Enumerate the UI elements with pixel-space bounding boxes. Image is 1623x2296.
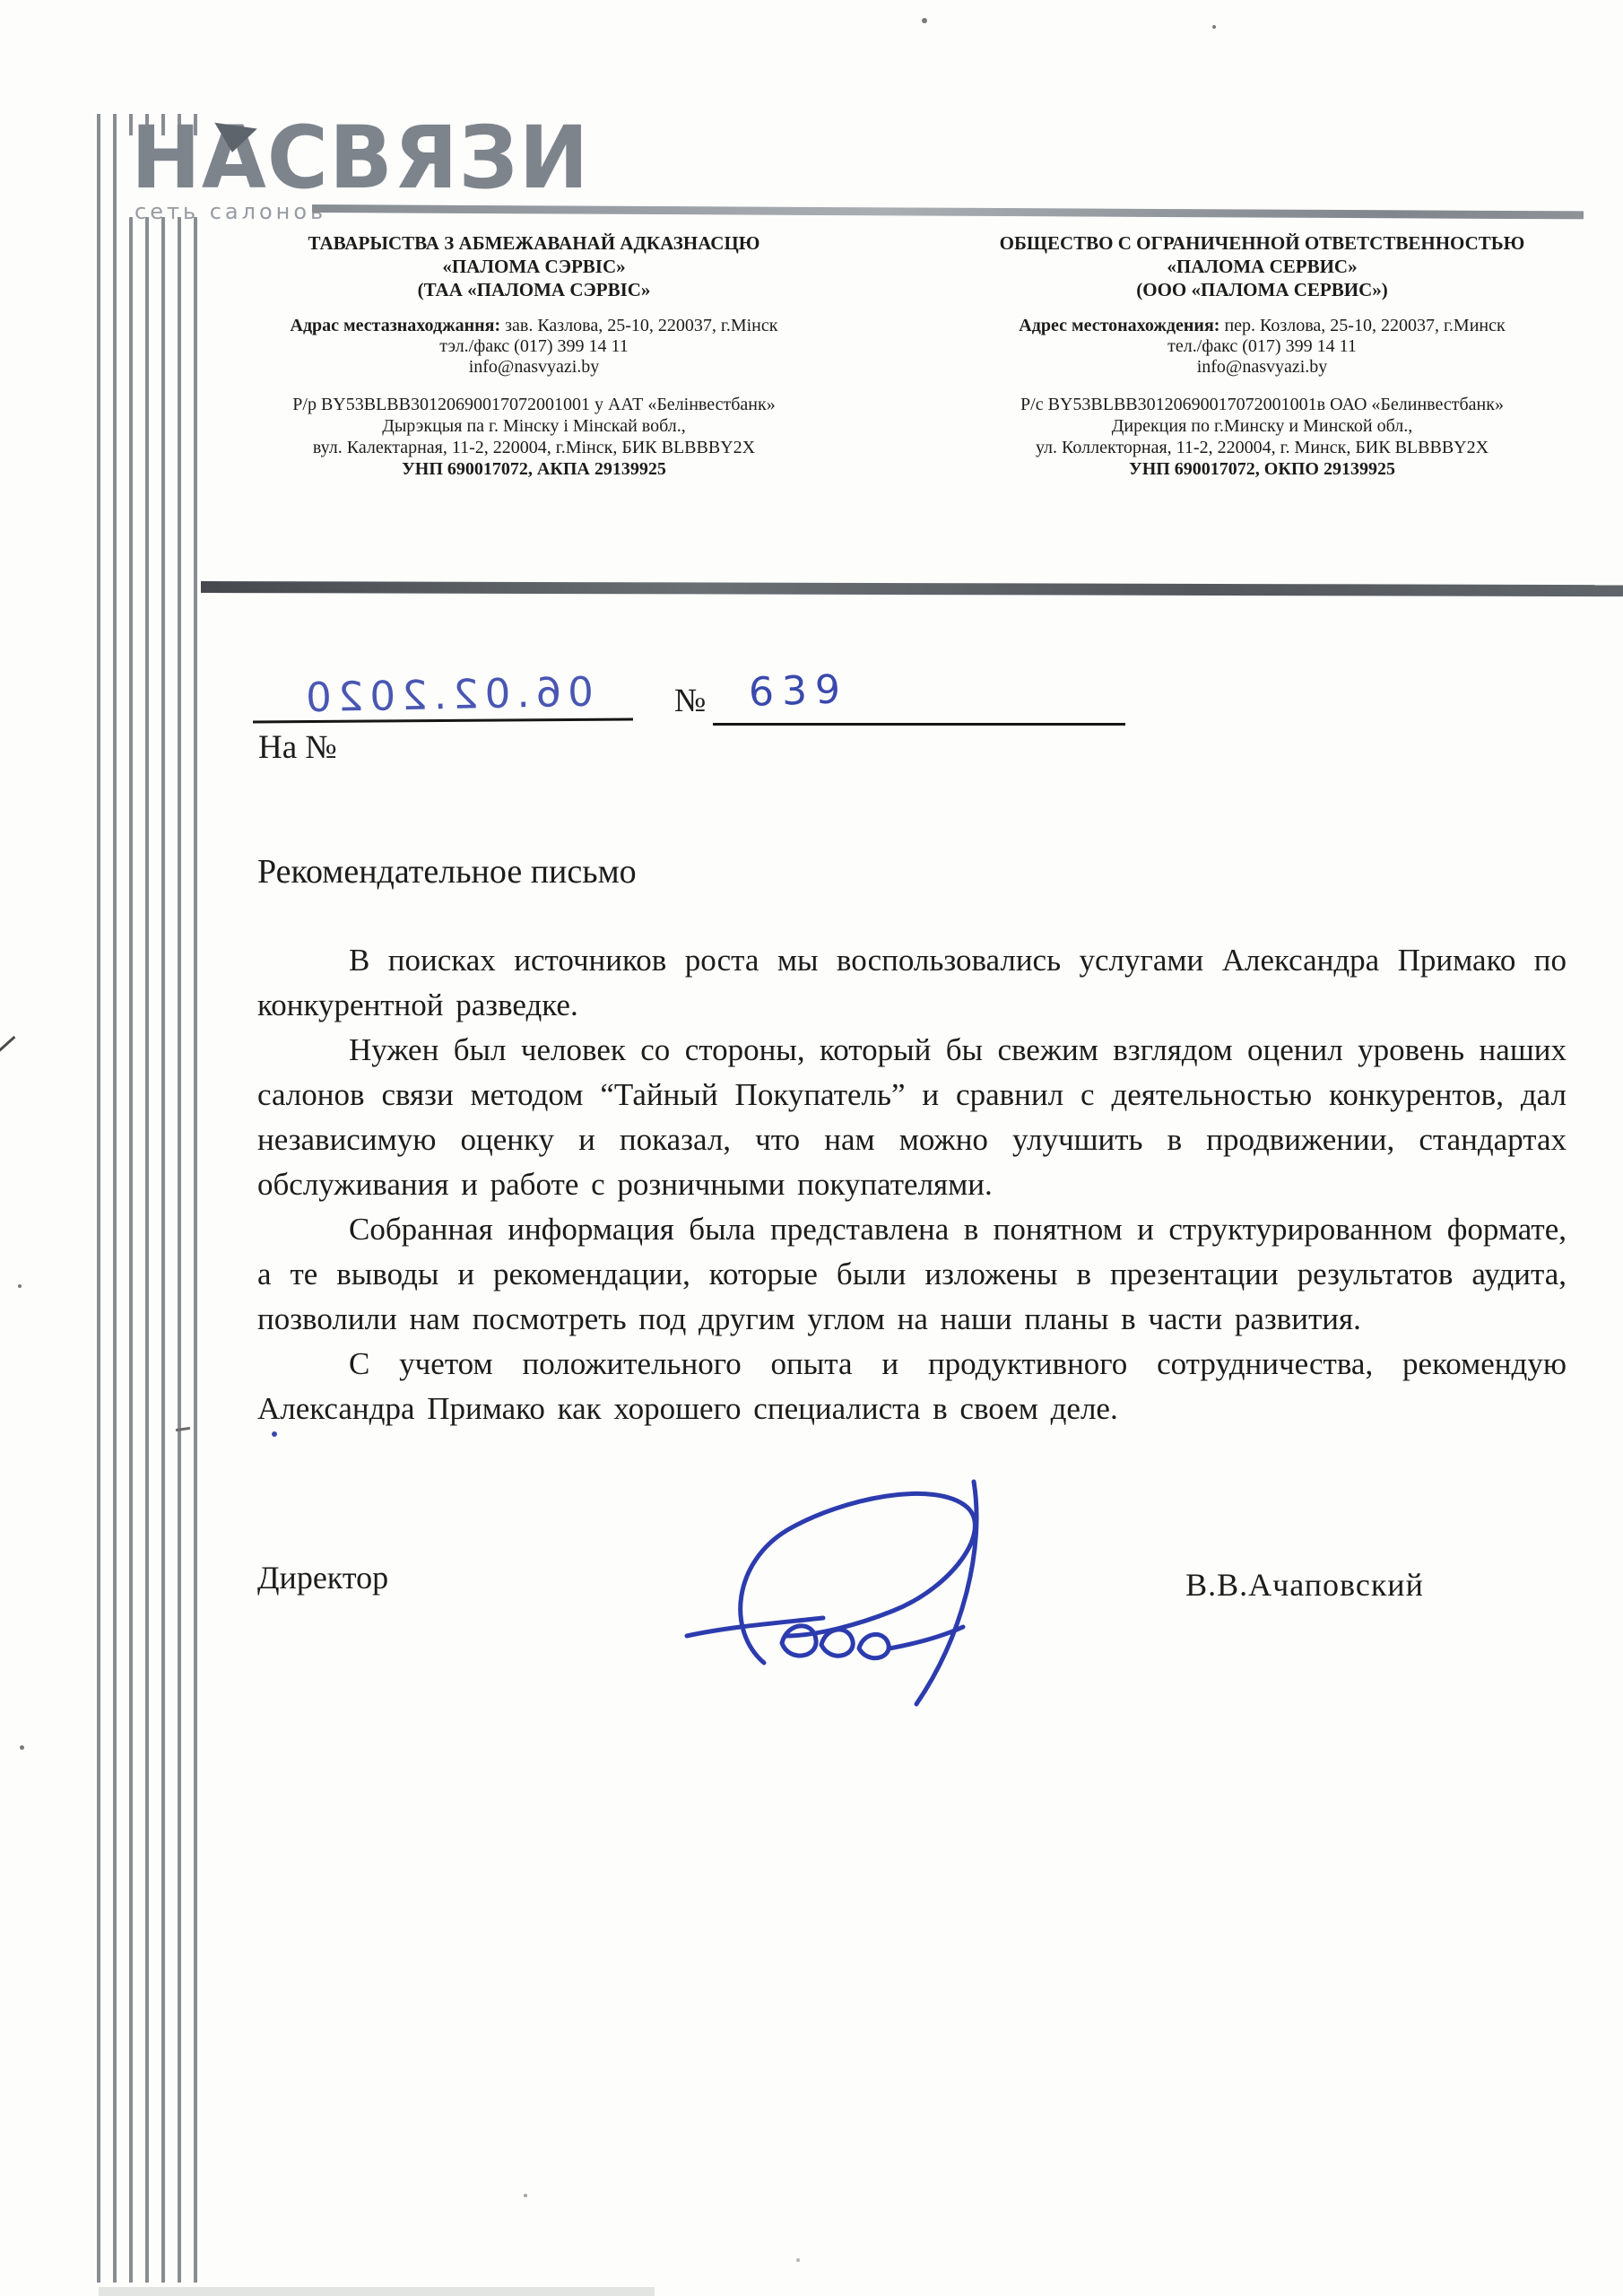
- letterhead-right-column: ОБЩЕСТВО С ОГРАНИЧЕННОЙ ОТВЕТСТВЕННОСТЬЮ…: [982, 231, 1542, 480]
- bank-ru-line1: Р/с BY53BLBB30120690017072001001в ОАО «Б…: [982, 394, 1542, 415]
- letterhead-left-column: ТАВАРЫСТВА З АБМЕЖАВАНАЙ АДКАЗНАСЦЮ «ПАЛ…: [258, 231, 810, 480]
- company-name-ru-line1: ОБЩЕСТВО С ОГРАНИЧЕННОЙ ОТВЕТСТВЕННОСТЬЮ: [982, 231, 1542, 255]
- email-ru: info@nasvyazi.by: [982, 357, 1542, 378]
- paragraph-4: С учетом положительного опыта и продукти…: [257, 1342, 1567, 1431]
- company-name-ru-line2: «ПАЛОМА СЕРВИС»: [982, 255, 1542, 278]
- logo-tagline: сеть салонов: [135, 199, 326, 224]
- handwritten-number: 639: [748, 666, 849, 716]
- scan-speck: [524, 2194, 527, 2197]
- bank-by-line3: вул. Калектарная, 11-2, 220004, г.Мінск,…: [258, 437, 810, 458]
- number-underline: [713, 723, 1125, 726]
- stripe-line: [129, 217, 133, 2283]
- company-name-ru-line3: (ООО «ПАЛОМА СЕРВИС»): [982, 278, 1542, 301]
- scanned-letter-page: НАСВЯЗИ сеть салонов ТАВАРЫСТВА З АБМЕЖА…: [0, 0, 1623, 2296]
- tax-ids-by: УНП 690017072, АКПА 29139925: [258, 458, 810, 480]
- address-ru-label: Адрес местонахождения:: [1019, 316, 1219, 335]
- letterhead-divider-bar: [201, 581, 1623, 596]
- address-by-label: Адрас местазнаходжання:: [291, 316, 501, 335]
- scan-speck: [1212, 25, 1216, 29]
- bank-ru-line2: Дирекция по г.Минску и Минской обл.,: [982, 415, 1542, 437]
- phone-ru: тел./факс (017) 399 14 11: [982, 336, 1542, 357]
- tax-ids-ru: УНП 690017072, ОКПО 29139925: [982, 458, 1542, 480]
- scan-speck: [922, 18, 927, 23]
- company-name-by-line3: (ТАА «ПАЛОМА СЭРВІС»: [258, 278, 810, 301]
- stripe-line: [145, 217, 149, 2283]
- reply-to-label: На №: [258, 728, 337, 767]
- logo-checkmark-icon: [211, 123, 257, 155]
- bank-ru-line3: ул. Коллекторная, 11-2, 220004, г. Минск…: [982, 437, 1542, 458]
- address-by: Адрас местазнаходжання: зав. Казлова, 25…: [258, 316, 810, 336]
- paragraph-1: В поисках источников роста мы воспользов…: [257, 938, 1567, 1028]
- letter-title: Рекомендательное письмо: [257, 852, 637, 891]
- signature-ink: [674, 1473, 1069, 1715]
- address-by-value: зав. Казлова, 25-10, 220037, г.Мінск: [500, 316, 777, 335]
- company-name-by-line1: ТАВАРЫСТВА З АБМЕЖАВАНАЙ АДКАЗНАСЦЮ: [258, 231, 810, 255]
- stripe-line: [178, 217, 181, 2283]
- bank-by-line1: Р/р BY53BLBB30120690017072001001 у ААТ «…: [258, 394, 810, 415]
- handwritten-date: 06.02.2020: [257, 667, 635, 723]
- paragraph-2: Нужен был человек со стороны, который бы…: [257, 1028, 1567, 1207]
- phone-by: тэл./факс (017) 399 14 11: [258, 336, 810, 357]
- ink-speck: [272, 1431, 277, 1437]
- scan-speck: [18, 1284, 22, 1288]
- stripe-line: [194, 217, 197, 2283]
- number-sign-label: №: [674, 682, 706, 720]
- scan-mark: [0, 1036, 15, 1052]
- signer-name: В.В.Ачаповский: [1116, 1566, 1493, 1604]
- email-by: info@nasvyazi.by: [258, 357, 810, 378]
- stripe-line: [97, 114, 100, 2283]
- paragraph-3: Собранная информация была представлена в…: [257, 1207, 1567, 1342]
- letter-body: В поисках источников роста мы воспользов…: [257, 938, 1567, 1431]
- company-logo-wordmark: НАСВЯЗИ: [131, 115, 589, 202]
- scan-speck: [796, 2258, 800, 2262]
- address-ru: Адрес местонахождения: пер. Козлова, 25-…: [982, 316, 1542, 336]
- bank-by-line2: Дырэкцыя па г. Мінску і Мінскай вобл.,: [258, 415, 810, 437]
- stripe-line: [113, 114, 117, 2283]
- scan-edge-smudge: [99, 2287, 655, 2296]
- scan-mark: [176, 1427, 190, 1431]
- signer-role: Директор: [257, 1559, 388, 1596]
- company-name-by-line2: «ПАЛОМА СЭРВІС»: [258, 255, 810, 278]
- scan-speck: [20, 1745, 24, 1750]
- logo-horizontal-bar: [312, 204, 1584, 219]
- stripe-line: [161, 217, 165, 2283]
- address-ru-value: пер. Козлова, 25-10, 220037, г.Минск: [1219, 316, 1505, 335]
